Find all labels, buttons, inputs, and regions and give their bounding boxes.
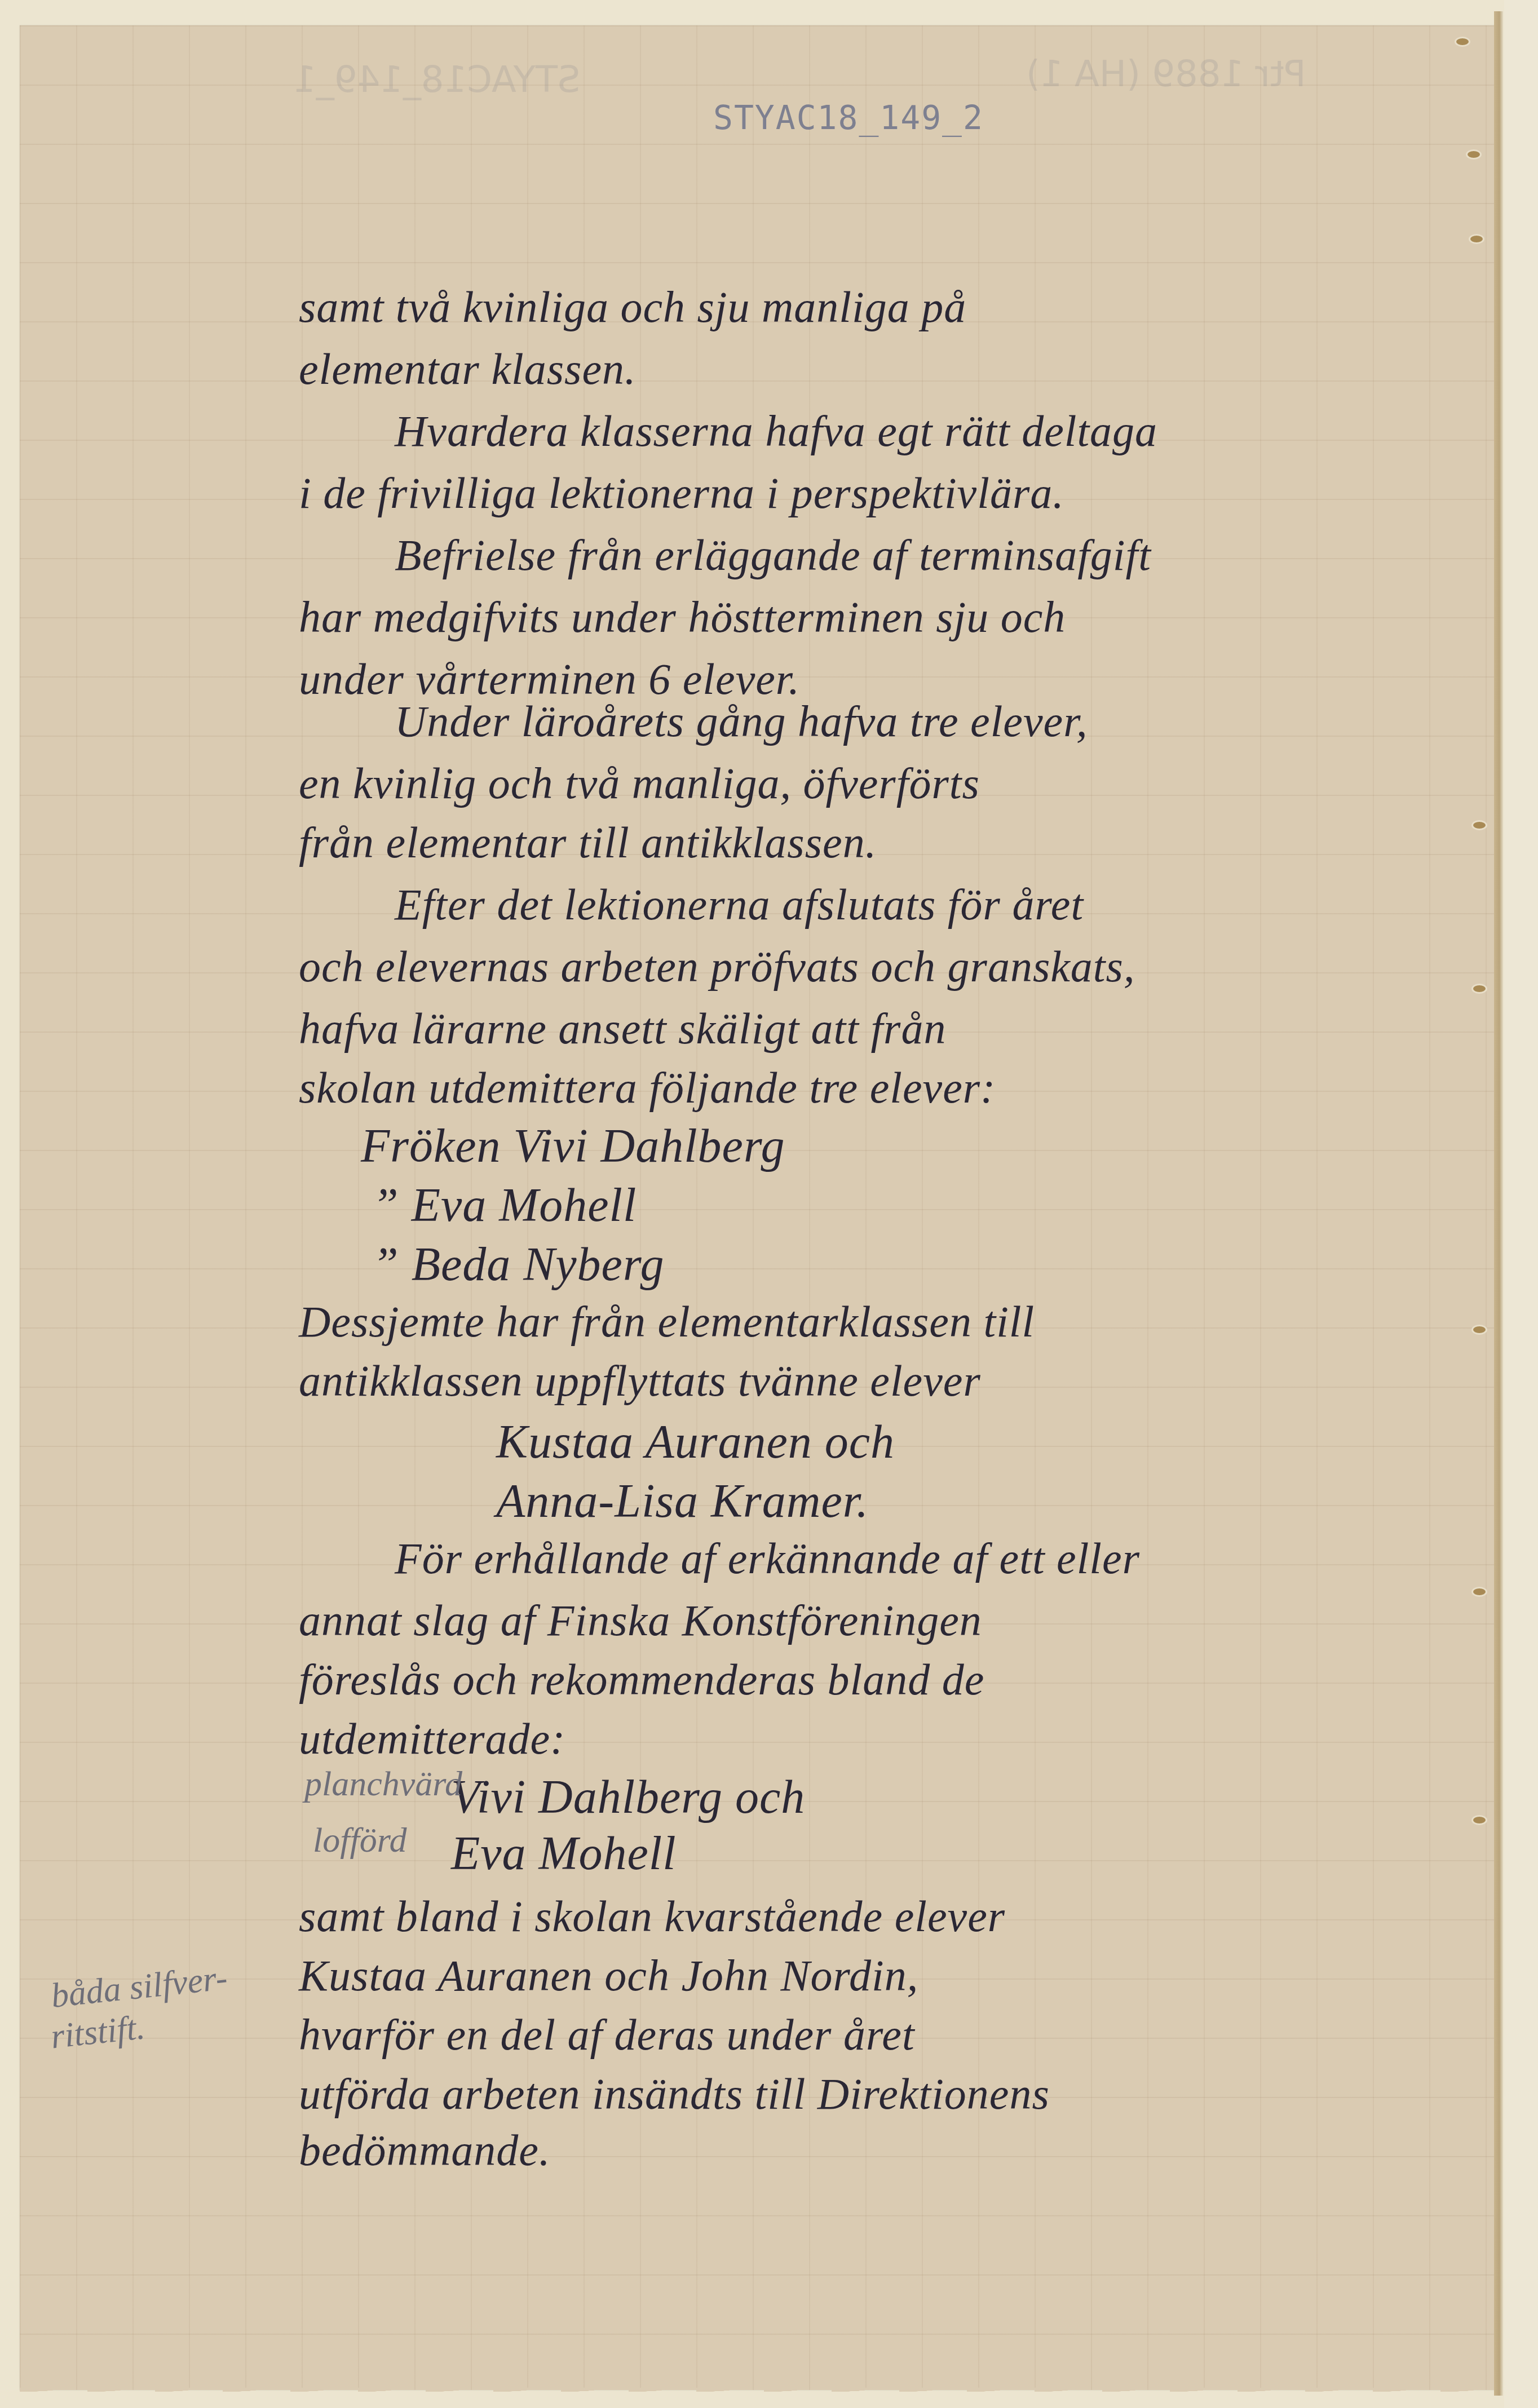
text-line: utförda arbeten insändts till Direktione…	[299, 2069, 1050, 2119]
student-name: Anna-Lisa Kramer.	[496, 1474, 869, 1529]
text-line: i de frivilliga lektionerna i perspektiv…	[299, 468, 1064, 519]
student-name: Eva Mohell	[451, 1826, 677, 1881]
text-line: har medgifvits under höstterminen sju oc…	[299, 592, 1066, 643]
text-line: antikklassen uppflyttats tvänne elever	[299, 1356, 981, 1406]
student-name: Fröken Vivi Dahlberg	[361, 1119, 785, 1174]
text-line: Befrielse från erläggande af terminsafgi…	[395, 530, 1151, 581]
text-line: elementar klassen.	[299, 344, 637, 395]
punch-hole	[1471, 1325, 1487, 1335]
text-line: bedömmande.	[299, 2125, 550, 2176]
text-line: från elementar till antikklassen.	[299, 817, 877, 868]
punch-hole	[1469, 234, 1484, 244]
text-line: För erhållande af erkännande af ett elle…	[395, 1533, 1140, 1584]
text-line: Dessjemte har från elementarklassen till	[299, 1296, 1035, 1347]
text-line: Efter det lektionerna afslutats för året	[395, 879, 1084, 930]
student-name: ” Beda Nyberg	[372, 1237, 664, 1292]
text-line: samt bland i skolan kvarstående elever	[299, 1891, 1005, 1942]
punch-hole	[1455, 37, 1470, 47]
punch-hole	[1471, 984, 1487, 994]
text-line: en kvinlig och två manliga, öfverförts	[299, 758, 980, 809]
margin-note-loford: lofförd	[313, 1821, 407, 1861]
text-line: Hvardera klasserna hafva egt rätt deltag…	[395, 406, 1157, 457]
text-line: hvarför en del af deras under året	[299, 2009, 915, 2060]
student-name: Kustaa Auranen och	[496, 1415, 895, 1469]
text-line: skolan utdemittera följande tre elever:	[299, 1063, 996, 1113]
bleed-through-label-right: Ptr 1889 (HA 1)	[1026, 54, 1306, 95]
text-line: och elevernas arbeten pröfvats och grans…	[299, 941, 1135, 992]
bleed-through-label-left: STYAC18_149_1	[293, 59, 581, 101]
text-line: annat slag af Finska Konstföreningen	[299, 1595, 982, 1646]
page-edge-shadow	[1494, 11, 1503, 2396]
text-line: Under läroårets gång hafva tre elever,	[395, 696, 1088, 747]
punch-hole	[1471, 820, 1487, 830]
punch-hole	[1471, 1587, 1487, 1597]
text-line: hafva lärarne ansett skäligt att från	[299, 1003, 946, 1054]
archive-label: STYAC18_149_2	[713, 99, 984, 137]
text-line: samt två kvinliga och sju manliga på	[299, 282, 966, 333]
text-line: föreslås och rekommenderas bland de	[299, 1654, 984, 1705]
student-name: ” Eva Mohell	[372, 1178, 637, 1233]
margin-note-planchvard: planchvärd	[304, 1764, 462, 1804]
mount-right-edge	[1504, 0, 1538, 2408]
student-name: Vivi Dahlberg och	[451, 1770, 805, 1825]
punch-hole	[1466, 149, 1482, 160]
text-line: Kustaa Auranen och John Nordin,	[299, 1950, 918, 2001]
text-line: utdemitterade:	[299, 1714, 565, 1764]
punch-hole	[1471, 1815, 1487, 1825]
